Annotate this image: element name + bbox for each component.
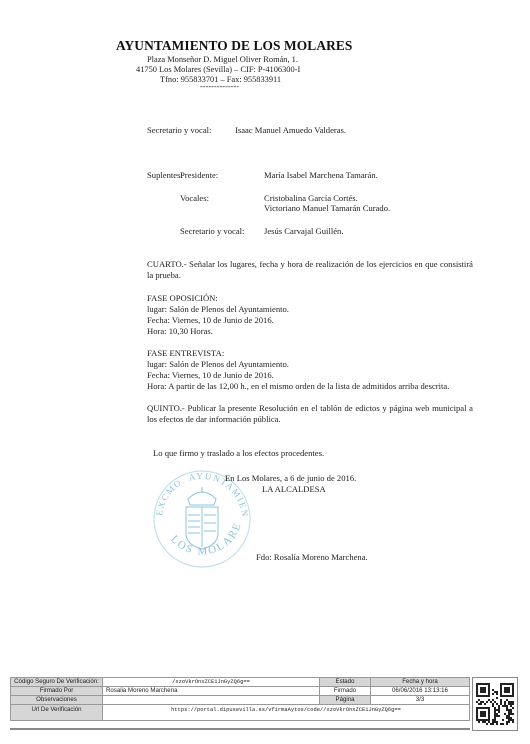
estado-value: Firmado [320, 687, 371, 696]
fase-entrevista-title: FASE ENTREVISTA: [147, 348, 224, 358]
fase-entrevista-hora: Hora: A partir de las 12,00 h., en el mi… [147, 381, 449, 391]
letterhead-city: 41750 Los Molares (Sevilla) – CIF: P-410… [136, 65, 300, 74]
suplente-name: Jesús Carvajal Guillén. [264, 226, 343, 236]
signature-role: LA ALCALDESA [262, 484, 326, 494]
qr-code-icon [476, 683, 514, 725]
csv-value: /xzoVkrOnxZCE1JnGyZQ6g== [103, 678, 320, 687]
observaciones-value [103, 696, 320, 705]
fase-entrevista-lugar: lugar: Salón de Plenos del Ayuntamiento. [147, 359, 289, 369]
table-shadow [10, 728, 470, 730]
pagina-label: Página [320, 696, 371, 705]
observaciones-label: Observaciones [11, 696, 103, 705]
csv-label: Código Seguro De Verificación: [11, 678, 103, 687]
suplente-name: Cristobalina García Cortés. [264, 193, 358, 203]
letterhead-title: AYUNTAMIENTO DE LOS MOLARES [116, 38, 352, 54]
url-label: Url De Verificación [11, 705, 103, 721]
fecha-value: 06/06/2016 13:13:16 [371, 687, 470, 696]
fase-entrevista-fecha: Fecha: Viernes, 10 de Junio de 2016. [147, 370, 274, 380]
secretario-label: Secretario y vocal: [147, 125, 211, 135]
fase-oposicion-lugar: lugar: Salón de Plenos del Ayuntamiento. [147, 304, 289, 314]
fase-oposicion-hora: Hora: 10,30 Horas. [147, 326, 213, 336]
firmado-por-value: Rosalia Moreno Marchena [103, 687, 320, 696]
suplente-name: Victoriano Manuel Tamarán Curado. [264, 203, 390, 213]
suplente-role: Presidente: [180, 170, 218, 180]
fase-oposicion-fecha: Fecha: Viernes, 10 de Junio de 2016. [147, 315, 274, 325]
fase-oposicion-title: FASE OPOSICIÓN: [147, 293, 218, 303]
letterhead-separator: -------------- [200, 82, 239, 91]
suplente-role: Vocales: [180, 193, 209, 203]
secretario-value: Isaac Manuel Amuedo Valderas. [235, 125, 346, 135]
cuarto-paragraph: CUARTO.- Señalar los lugares, fecha y ho… [147, 259, 473, 281]
quinto-paragraph: QUINTO.- Publicar la presente Resolución… [147, 403, 473, 425]
fecha-label: Fecha y hora [371, 678, 470, 687]
suplente-name: María Isabel Marchena Tamarán. [264, 170, 378, 180]
closing-line: Lo que firmo y traslado a los efectos pr… [153, 448, 324, 458]
firmado-por-label: Firmado Por [11, 687, 103, 696]
pagina-value: 3/3 [371, 696, 470, 705]
qr-code [472, 677, 518, 731]
verification-url-link[interactable]: https://portal.dipusevilla.es/vfirmaAyto… [103, 705, 470, 721]
letterhead-address: Plaza Monseñor D. Miguel Oliver Román, 1… [147, 55, 298, 64]
suplentes-label: Suplentes: [147, 170, 183, 180]
signature-signed-by: Fdo: Rosalía Moreno Marchena. [256, 552, 368, 562]
estado-label: Estado [320, 678, 371, 687]
suplente-role: Secretario y vocal: [180, 226, 244, 236]
signature-place-date: En Los Molares, a 6 de junio de 2016. [225, 473, 356, 483]
verification-table: Código Seguro De Verificación: /xzoVkrOn… [10, 677, 470, 721]
